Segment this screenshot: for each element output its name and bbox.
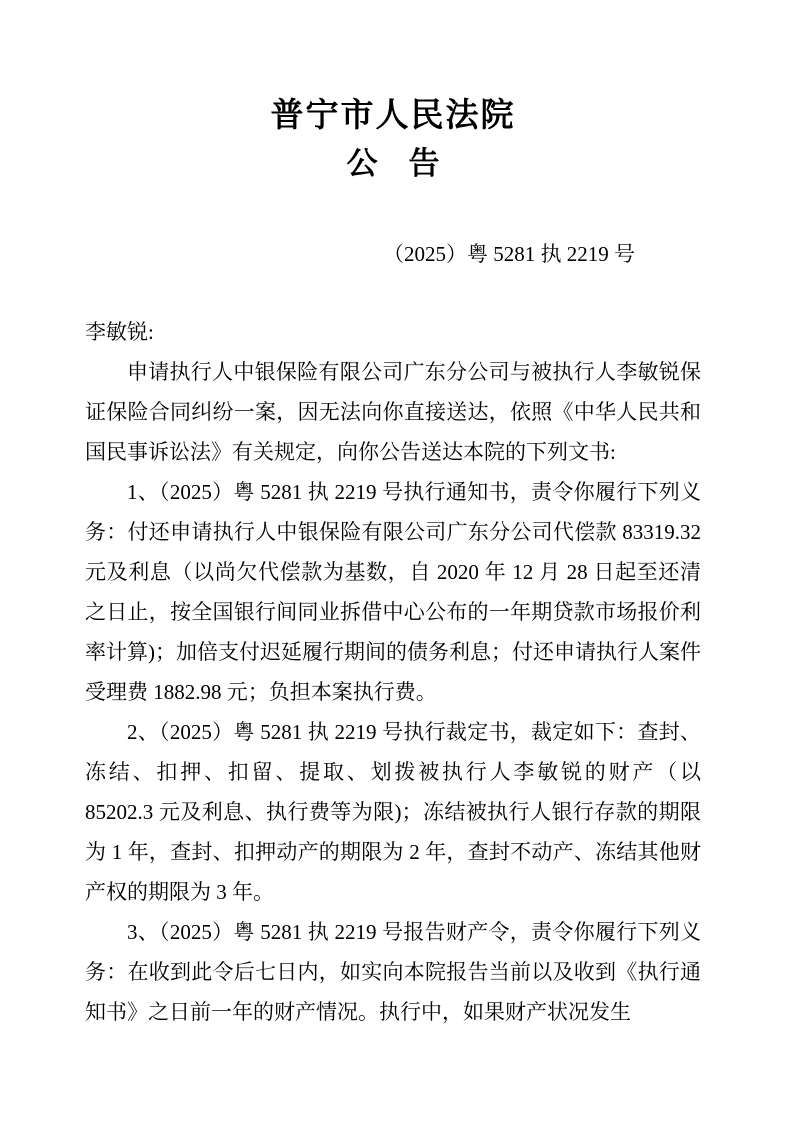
body-paragraph: 1、（2025）粤 5281 执 2219 号执行通知书，责令你履行下列义务：付…: [85, 472, 701, 712]
court-name: 普宁市人民法院: [85, 96, 701, 136]
court-notice-page: 普宁市人民法院 公 告 （2025）粤 5281 执 2219 号 李敏锐: 申…: [0, 0, 793, 1122]
document-body: 李敏锐: 申请执行人中银保险有限公司广东分公司与被执行人李敏锐保证保险合同纠纷一…: [85, 312, 701, 1032]
body-paragraph: 2、（2025）粤 5281 执 2219 号执行裁定书，裁定如下：查封、冻结、…: [85, 712, 701, 912]
body-paragraph: 3、（2025）粤 5281 执 2219 号报告财产令，责令你履行下列义务：在…: [85, 912, 701, 1032]
body-paragraph: 申请执行人中银保险有限公司广东分公司与被执行人李敏锐保证保险合同纠纷一案，因无法…: [85, 352, 701, 472]
document-title: 公 告: [85, 144, 701, 184]
case-number: （2025）粤 5281 执 2219 号: [85, 234, 701, 274]
addressee: 李敏锐:: [85, 312, 701, 352]
